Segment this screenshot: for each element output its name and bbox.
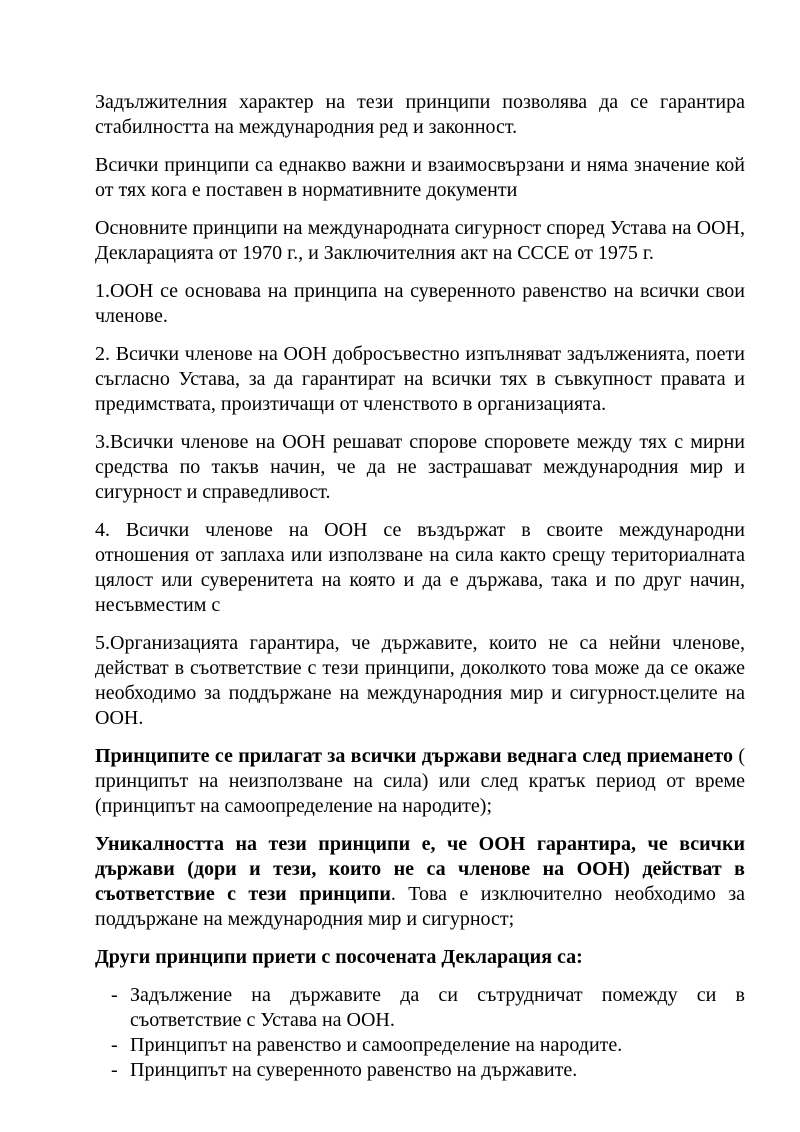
numbered-principle-3: 3.Всички членове на ООН решават спорове … <box>95 430 745 505</box>
list-item: - Принципът на равенство и самоопределен… <box>95 1033 745 1058</box>
bullet-marker: - <box>111 1033 130 1058</box>
intro-paragraph-binding-character: Задължителния характер на тези принципи … <box>95 90 745 140</box>
list-item: - Задължение на държавите да си сътрудни… <box>95 983 745 1033</box>
list-item: - Принципът на суверенното равенство на … <box>95 1058 745 1083</box>
document-page: Задължителния характер на тези принципи … <box>0 0 800 1132</box>
bullet-list: - Задължение на държавите да си сътрудни… <box>95 983 745 1083</box>
numbered-principle-5: 5.Организацията гарантира, че държавите,… <box>95 631 745 731</box>
list-item-text: Принципът на равенство и самоопределение… <box>130 1033 745 1058</box>
bullet-marker: - <box>111 983 130 1008</box>
numbered-principle-1: 1.ООН се основава на принципа на суверен… <box>95 279 745 329</box>
paragraph-principles-equal: Всички принципи са еднакво важни и взаим… <box>95 153 745 203</box>
bold-run: Други принципи приети с посочената Декла… <box>95 946 583 968</box>
list-item-text: Принципът на суверенното равенство на дъ… <box>130 1058 745 1083</box>
bold-run: Принципите се прилагат за всички държави… <box>95 745 733 767</box>
heading-other-principles: Други принципи приети с посочената Декла… <box>95 945 745 970</box>
paragraph-uniqueness: Уникалността на тези принципи е, че ООН … <box>95 832 745 932</box>
list-item-text: Задължение на държавите да си сътруднича… <box>130 983 745 1033</box>
paragraph-principle-sources: Основните принципи на международната сиг… <box>95 216 745 266</box>
numbered-principle-4: 4. Всички членове на ООН се въздържат в … <box>95 518 745 618</box>
bullet-marker: - <box>111 1058 130 1083</box>
paragraph-principles-application: Принципите се прилагат за всички държави… <box>95 744 745 819</box>
numbered-principle-2: 2. Всички членове на ООН добросъвестно и… <box>95 342 745 417</box>
